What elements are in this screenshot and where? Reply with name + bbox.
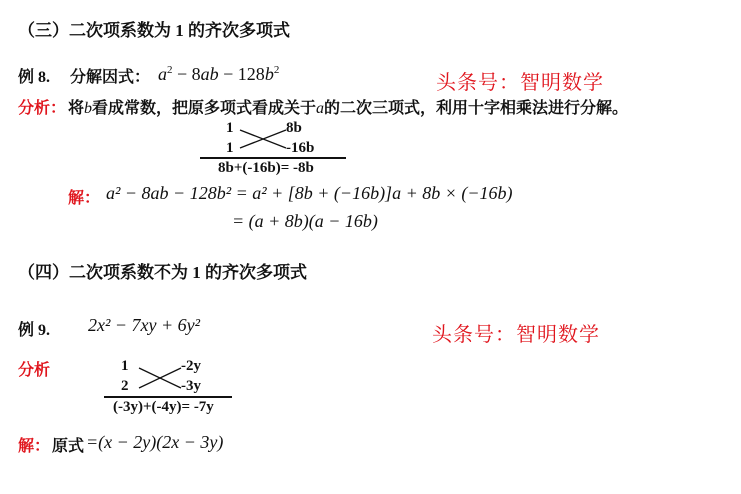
solution-prefix: 原式 [52, 433, 84, 456]
watermark: 头条号：智明数学 [432, 318, 600, 347]
example-8-label: 例 8. [18, 64, 50, 87]
cross-result: 8b+(-16b)= -8b [218, 160, 314, 177]
solution-line-1: a² − 8ab − 128b² = a² + [8b + (−16b)]a +… [106, 183, 513, 204]
section-4-heading: （四）二次项系数不为 1 的齐次多项式 [18, 258, 307, 283]
analysis-label: 分析： [18, 95, 66, 118]
cross-right-1: 8b [286, 120, 302, 137]
solution-label: 解： [18, 433, 50, 456]
solution-line-2: = (a + 8b)(a − 16b) [232, 211, 378, 232]
cross-left-2: 2 [121, 378, 129, 395]
solution-expression: =(x − 2y)(2x − 3y) [86, 432, 223, 453]
watermark: 头条号：智明数学 [436, 66, 604, 95]
cross-right-2: -3y [181, 378, 201, 395]
example-8-expression: a2 − 8ab − 128b2 [158, 64, 279, 85]
cross-divider [104, 396, 232, 398]
cross-right-2: -16b [286, 140, 314, 157]
cross-lines [137, 366, 183, 390]
example-9-expression: 2x² − 7xy + 6y² [88, 315, 200, 336]
cross-lines [238, 128, 288, 152]
analysis-text: 将b看成常数，把原多项式看成关于a的二次三项式，利用十字相乘法进行分解。 [68, 95, 628, 118]
example-9-label: 例 9. [18, 317, 50, 340]
cross-left-2: 1 [226, 140, 234, 157]
example-8-prompt: 分解因式： [70, 64, 150, 87]
cross-divider [200, 157, 346, 159]
cross-left-1: 1 [121, 358, 129, 375]
analysis-label: 分析 [18, 357, 50, 380]
section-3-heading: （三）二次项系数为 1 的齐次多项式 [18, 16, 290, 41]
solution-label: 解： [68, 185, 100, 208]
cross-result: (-3y)+(-4y)= -7y [113, 399, 214, 416]
cross-left-1: 1 [226, 120, 234, 137]
cross-right-1: -2y [181, 358, 201, 375]
